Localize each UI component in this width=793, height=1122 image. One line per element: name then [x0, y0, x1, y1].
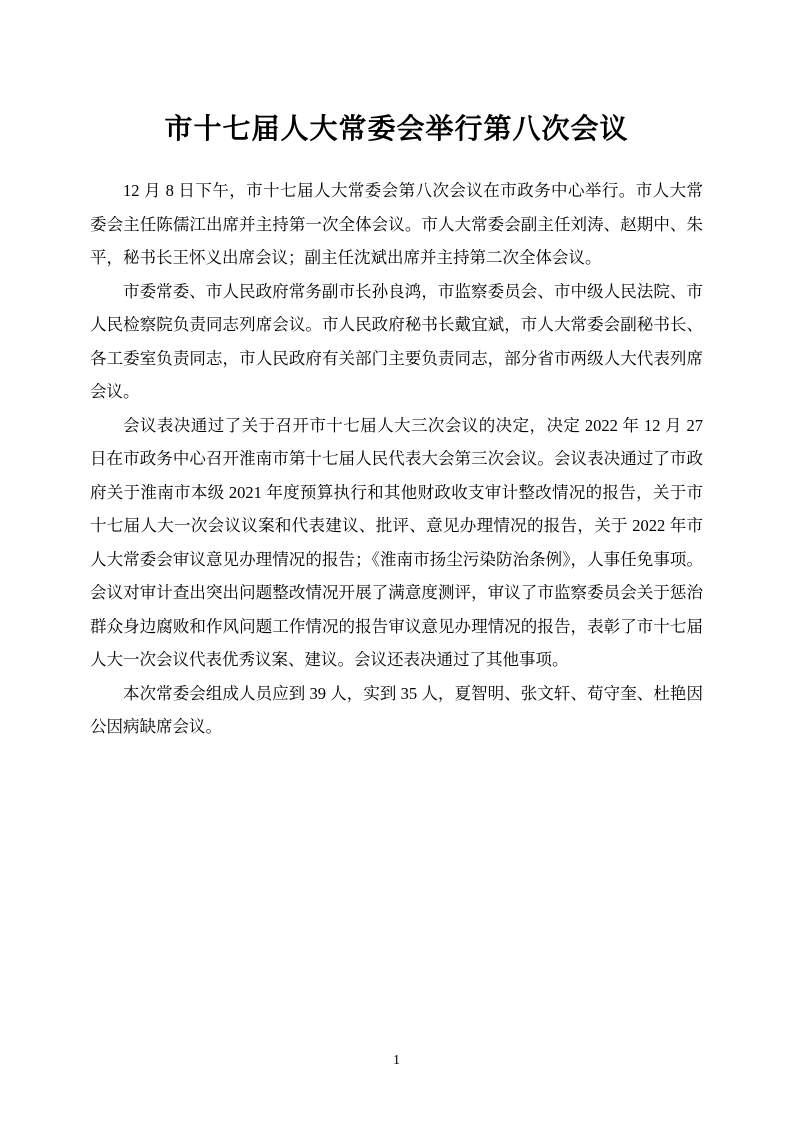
document-content: 市十七届人大常委会举行第八次会议 12 月 8 日下午，市十七届人大常委会第八次…: [90, 110, 703, 744]
document-page: 市十七届人大常委会举行第八次会议 12 月 8 日下午，市十七届人大常委会第八次…: [0, 0, 793, 1122]
body-paragraph: 会议表决通过了关于召开市十七届人大三次会议的决定，决定 2022 年 12 月 …: [90, 409, 703, 677]
body-paragraph: 本次常委会组成人员应到 39 人，实到 35 人，夏智明、张文轩、荀守奎、杜艳因…: [90, 677, 703, 744]
body-paragraph: 市委常委、市人民政府常务副市长孙良鸿，市监察委员会、市中级人民法院、市人民检察院…: [90, 275, 703, 409]
page-number: 1: [0, 1052, 793, 1070]
body-paragraph: 12 月 8 日下午，市十七届人大常委会第八次会议在市政务中心举行。市人大常委会…: [90, 174, 703, 275]
document-title: 市十七届人大常委会举行第八次会议: [90, 110, 703, 150]
